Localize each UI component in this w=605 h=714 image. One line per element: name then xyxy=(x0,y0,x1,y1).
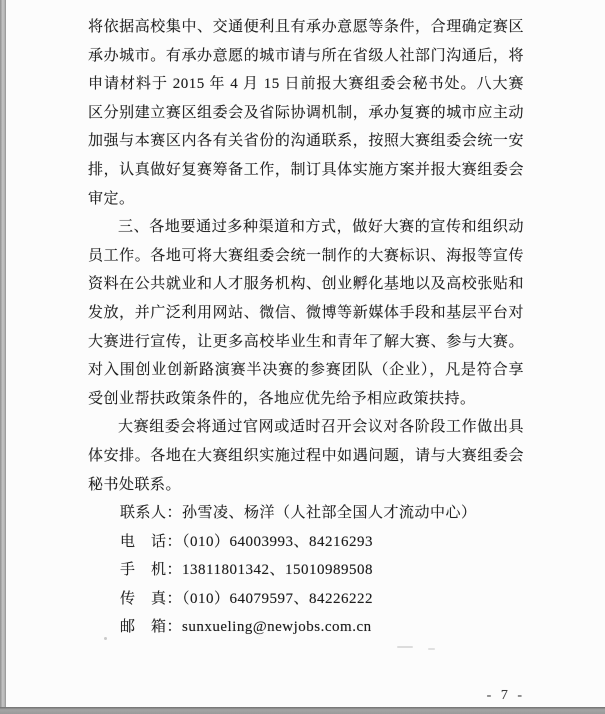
body-paragraph-continuation: 将依据高校集中、交通便利且有承办意愿等条件，合理确定赛区承办城市。有承办意愿的城… xyxy=(88,13,524,213)
scan-bottom-edge xyxy=(0,707,605,714)
document-body: 将依据高校集中、交通便利且有承办意愿等条件，合理确定赛区承办城市。有承办意愿的城… xyxy=(88,13,524,642)
contact-block: 联系人：孙雪凌、杨洋（人社部全国人才流动中心） 电 话：（010）6400399… xyxy=(120,499,524,642)
scan-left-edge xyxy=(0,0,6,714)
scan-smudge xyxy=(428,648,435,650)
scan-speck xyxy=(350,113,352,115)
body-paragraph-closing: 大赛组委会将通过官网或适时召开会议对各阶段工作做出具体安排。各地在大赛组织实施过… xyxy=(88,413,524,499)
scan-smudge xyxy=(397,646,413,648)
contact-line-fax: 传 真：（010）64079597、84226222 xyxy=(120,585,524,614)
contact-line-phone: 电 话：（010）64003993、84216293 xyxy=(120,528,524,557)
scan-speck xyxy=(104,637,107,640)
page-number: - 7 - xyxy=(487,688,525,704)
scanned-document-page: 将依据高校集中、交通便利且有承办意愿等条件，合理确定赛区承办城市。有承办意愿的城… xyxy=(0,0,605,714)
contact-line-person: 联系人：孙雪凌、杨洋（人社部全国人才流动中心） xyxy=(120,499,524,528)
contact-line-mobile: 手 机：13811801342、15010989508 xyxy=(120,556,524,585)
body-paragraph-section-three: 三、各地要通过多种渠道和方式，做好大赛的宣传和组织动员工作。各地可将大赛组委会统… xyxy=(88,213,524,413)
contact-line-email: 邮 箱：sunxueling@newjobs.com.cn xyxy=(120,613,524,642)
